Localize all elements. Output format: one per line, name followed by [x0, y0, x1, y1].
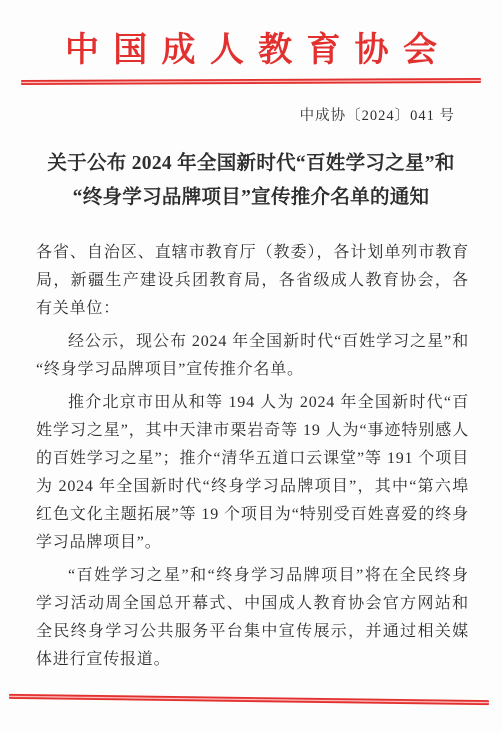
promotion-channels-paragraph: “百姓学习之星”和“终身学习品牌项目”将在全民终身学习活动周全国总开幕式、中国成…	[36, 562, 469, 674]
document-header: 中国成人教育协会 中成协〔2024〕041 号	[0, 0, 502, 125]
recipients-paragraph: 各省、自治区、直辖市教育厅（教委），各计划单列市教育局，新疆生产建设兵团教育局，…	[36, 239, 469, 323]
document-page: 中国成人教育协会 中成协〔2024〕041 号 关于公布 2024 年全国新时代…	[0, 0, 502, 733]
paragraphs-container: 各省、自治区、直辖市教育厅（教委），各计划单列市教育局，新疆生产建设兵团教育局，…	[36, 239, 469, 674]
doc-number: 中成协〔2024〕041 号	[0, 104, 455, 125]
document-title-line1: 关于公布 2024 年全国新时代“百姓学习之星”和	[47, 153, 454, 174]
footer-red-rule	[9, 694, 489, 705]
document-title: 关于公布 2024 年全国新时代“百姓学习之星”和 “终身学习品牌项目”宣传推介…	[30, 147, 472, 215]
recommendation-details-paragraph: 推介北京市田从和等 194 人为 2024 年全国新时代“百姓学习之星”，其中天…	[36, 389, 469, 557]
announcement-paragraph: 经公示，现公布 2024 年全国新时代“百姓学习之星”和“终身学习品牌项目”宣传…	[36, 328, 469, 384]
org-title: 中国成人教育协会	[0, 0, 502, 71]
header-red-rule	[21, 78, 481, 85]
document-title-line2: “终身学习品牌项目”宣传推介名单的通知	[73, 187, 430, 208]
document-body: 关于公布 2024 年全国新时代“百姓学习之星”和 “终身学习品牌项目”宣传推介…	[0, 147, 502, 674]
